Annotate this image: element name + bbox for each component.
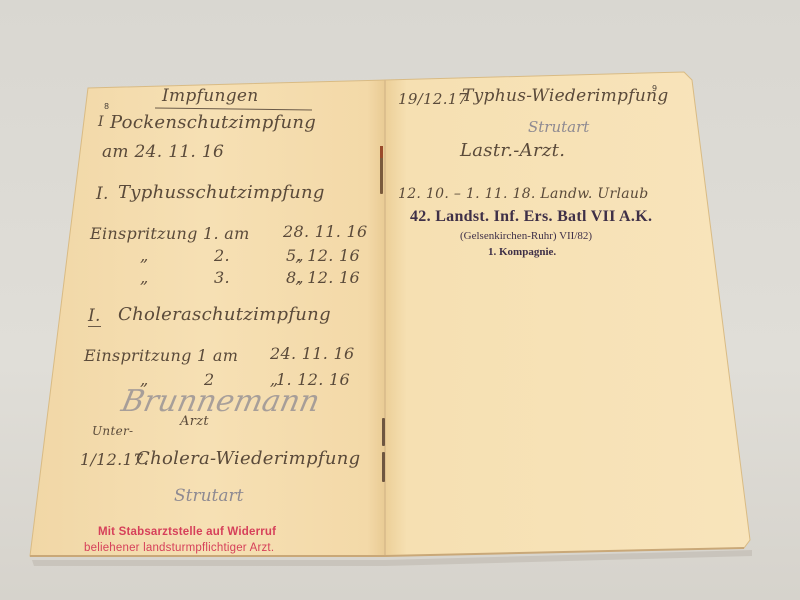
page-heading: Impfungen	[162, 86, 259, 106]
entry-date-smallpox: am 24. 11. 16	[102, 142, 224, 162]
red-stamp-line-1: Mit Stabsarztstelle auf Widerruf	[98, 526, 276, 538]
entry-roman: I.	[96, 184, 109, 204]
pencil-signature: Strutart	[528, 118, 589, 136]
cholera-dose-1-date: 24. 11. 16	[270, 344, 354, 363]
entry-title-smallpox: Pockenschutzimpfung	[110, 112, 316, 133]
typhus-dose-3-date: 8. 12. 16	[286, 268, 360, 287]
entry-roman: I	[98, 114, 104, 130]
staple-bottom	[382, 418, 385, 446]
unit-stamp-line-1: 42. Landst. Inf. Ers. Batl VII A.K.	[410, 208, 652, 226]
revaccination-text: Typhus-Wiederimpfung	[462, 86, 669, 106]
typhus-dose-2-label: „ 2. „	[140, 246, 304, 265]
typhus-dose-3-label: „ 3. „	[140, 268, 304, 287]
right-page	[385, 72, 750, 556]
typhus-dose-1-label: Einspritzung 1. am	[90, 224, 250, 243]
revaccination-text: Cholera-Wiederimpfung	[136, 448, 360, 469]
leave-entry: 12. 10. – 1. 11. 18. Landw. Urlaub	[398, 186, 648, 202]
signature-title-left: Unter-	[92, 424, 133, 438]
signature-title-right: Arzt	[180, 414, 209, 429]
cholera-dose-1-label: Einspritzung 1 am	[84, 346, 238, 365]
entry-roman: I.	[88, 306, 101, 327]
red-stamp-line-2: beliehener landsturmpflichtiger Arzt.	[84, 542, 274, 554]
entry-title-typhus: Typhusschutzimpfung	[118, 182, 325, 203]
signature-title: Lastr.-Arzt.	[460, 140, 565, 161]
unit-stamp-line-2: (Gelsenkirchen-Ruhr) VII/82)	[460, 230, 592, 242]
photo-scene: 8 Impfungen I Pockenschutzimpfung am 24.…	[0, 0, 800, 600]
page-number: 8	[104, 102, 109, 111]
pencil-signature: Brunnemann	[118, 384, 323, 419]
pencil-signature-2: Strutart	[174, 486, 243, 506]
entry-title-cholera: Choleraschutzimpfung	[118, 304, 331, 325]
revaccination-date: 19/12.17	[398, 90, 467, 108]
typhus-dose-2-date: 5. 12. 16	[286, 246, 360, 265]
typhus-dose-1-date: 28. 11. 16	[283, 222, 367, 241]
unit-stamp-line-3: 1. Kompagnie.	[488, 246, 556, 258]
